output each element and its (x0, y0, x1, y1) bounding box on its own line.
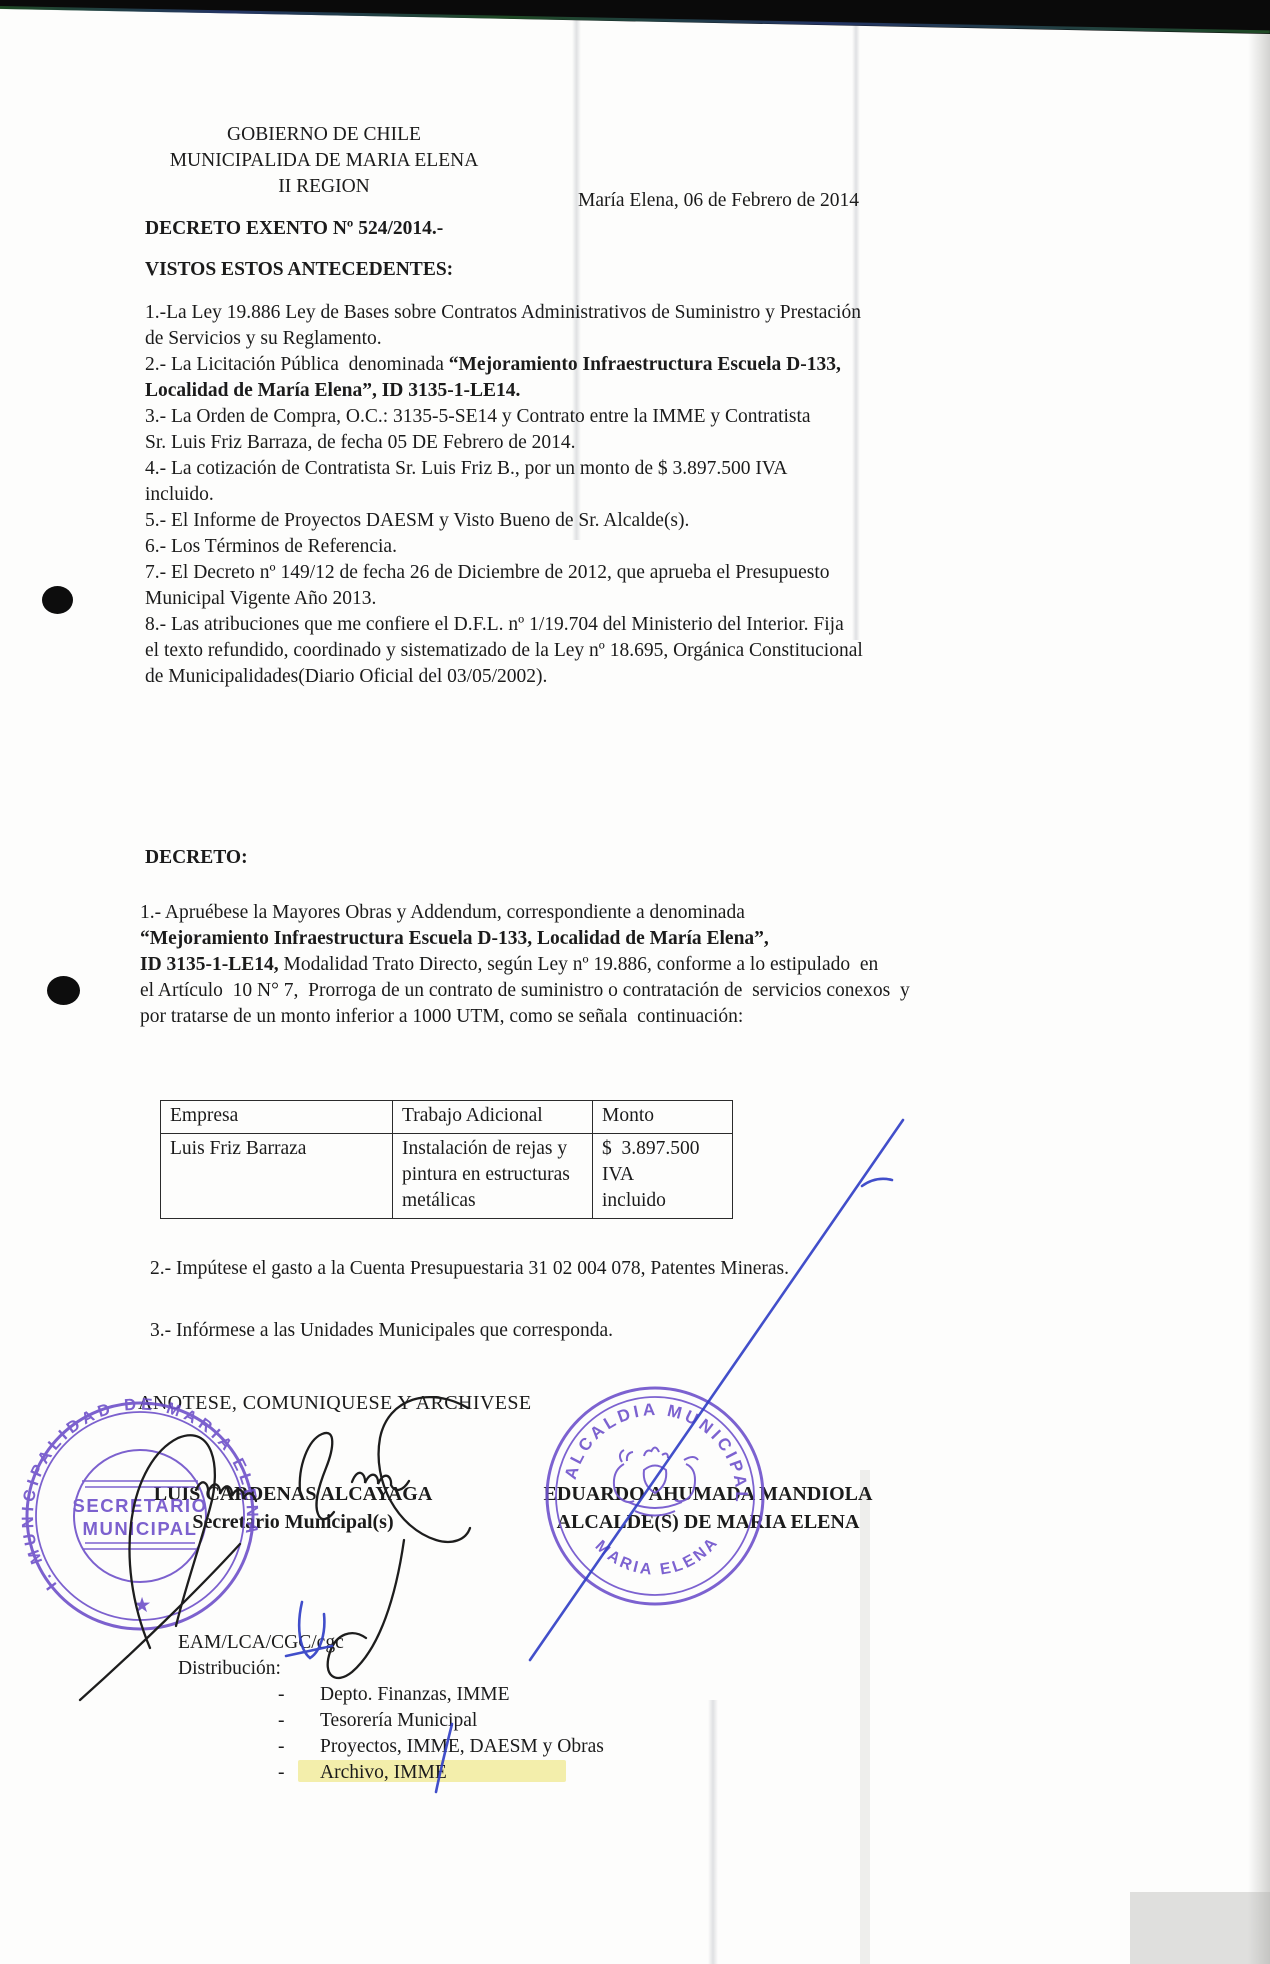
star-icon: ★ (133, 1593, 152, 1617)
signer-title: ALCALDE(S) DE MARIA ELENA (528, 1508, 888, 1536)
decreto-paragraph: 1.- Apruébese la Mayores Obras y Addendu… (140, 900, 970, 1030)
letterhead: GOBIERNO DE CHILE MUNICIPALIDA DE MARIA … (168, 122, 480, 200)
distribution-text: Tesorería Municipal (320, 1708, 477, 1734)
table-header-monto: Monto (593, 1101, 733, 1134)
table-row: Luis Friz Barraza Instalación de rejas y… (161, 1134, 733, 1219)
distribution-text: Archivo, IMME (320, 1760, 447, 1786)
distribution-item: - Tesorería Municipal (276, 1708, 604, 1734)
antecedente-item: 2.- La Licitación Pública denominada “Me… (145, 352, 945, 404)
hole-punch-mark (47, 976, 80, 1005)
footer-block: EAM/LCA/CGC/cgc Distribución: - Depto. F… (178, 1630, 604, 1786)
letterhead-line: II REGION (168, 174, 480, 200)
scan-edge-shadow (1248, 0, 1270, 1964)
list-dash: - (276, 1734, 320, 1760)
initials-line: EAM/LCA/CGC/cgc (178, 1630, 604, 1656)
signature-block-right: EDUARDO AHUMADA MANDIOLA ALCALDE(S) DE M… (528, 1480, 888, 1536)
cell-monto-line2: incluido (602, 1190, 666, 1211)
resolution-item: 3.- Infórmese a las Unidades Municipales… (150, 1318, 613, 1344)
signer-name: EDUARDO AHUMADA MANDIOLA (528, 1480, 888, 1508)
distribution-text: Proyectos, IMME, DAESM y Obras (320, 1734, 604, 1760)
letterhead-line: GOBIERNO DE CHILE (168, 122, 480, 148)
scan-fold-line (708, 1700, 718, 1964)
dateline: María Elena, 06 de Febrero de 2014 (578, 188, 859, 214)
cell-monto-line1: $ 3.897.500 IVA (602, 1138, 709, 1185)
stamp-divider-lines (82, 1543, 198, 1549)
signer-name: LUIS CARDENAS ALCAYAGA (128, 1480, 458, 1508)
table-header-empresa: Empresa (161, 1101, 393, 1134)
antecedentes-list: 1.-La Ley 19.886 Ley de Bases sobre Cont… (145, 300, 945, 690)
cell-trabajo: Instalación de rejas y pintura en estruc… (393, 1134, 593, 1219)
decreto-title: DECRETO: (145, 845, 248, 871)
scanned-decree-page: GOBIERNO DE CHILE MUNICIPALIDA DE MARIA … (0, 0, 1270, 1964)
scan-smudge (860, 1470, 870, 1964)
antecedente-item: 3.- La Orden de Compra, O.C.: 3135-5-SE1… (145, 404, 945, 456)
cell-monto: $ 3.897.500 IVAincluido (593, 1134, 733, 1219)
antecedente-item: 7.- El Decreto nº 149/12 de fecha 26 de … (145, 560, 945, 612)
closing-formula: ANOTESE, COMUNIQUESE Y ARCHIVESE (138, 1392, 532, 1415)
signer-title: Secretario Municipal(s) (128, 1508, 458, 1536)
cell-empresa: Luis Friz Barraza (161, 1134, 393, 1219)
antecedente-item: 4.- La cotización de Contratista Sr. Lui… (145, 456, 945, 508)
antecedente-item: 8.- Las atribuciones que me confiere el … (145, 612, 945, 690)
decree-number: DECRETO EXENTO Nº 524/2014.- (145, 216, 443, 242)
list-dash: - (276, 1682, 320, 1708)
antecedente-item: 6.- Los Términos de Referencia. (145, 534, 945, 560)
distribution-item: - Archivo, IMME (276, 1760, 604, 1786)
distribution-text: Depto. Finanzas, IMME (320, 1682, 510, 1708)
table-header-trabajo: Trabajo Adicional (393, 1101, 593, 1134)
scan-smudge (1130, 1892, 1270, 1964)
adjudication-table: Empresa Trabajo Adicional Monto Luis Fri… (160, 1100, 733, 1219)
antecedente-item: 5.- El Informe de Proyectos DAESM y Vist… (145, 508, 945, 534)
signature-block-left: LUIS CARDENAS ALCAYAGA Secretario Munici… (128, 1480, 458, 1536)
letterhead-line: MUNICIPALIDA DE MARIA ELENA (168, 148, 480, 174)
antecedente-item: 1.-La Ley 19.886 Ley de Bases sobre Cont… (145, 300, 945, 352)
distribution-item: - Depto. Finanzas, IMME (276, 1682, 604, 1708)
hole-punch-mark (42, 586, 73, 614)
table-header-row: Empresa Trabajo Adicional Monto (161, 1101, 733, 1134)
resolution-item: 2.- Impútese el gasto a la Cuenta Presup… (150, 1256, 789, 1282)
stamp-bottom-arc-text: MARIA ELENA (592, 1533, 723, 1579)
distribution-item: - Proyectos, IMME, DAESM y Obras (276, 1734, 604, 1760)
pen-stroke-tick (862, 1179, 892, 1186)
distribution-label: Distribución: (178, 1656, 604, 1682)
list-dash: - (276, 1708, 320, 1734)
list-dash: - (276, 1760, 320, 1786)
vistos-title: VISTOS ESTOS ANTECEDENTES: (145, 257, 453, 283)
